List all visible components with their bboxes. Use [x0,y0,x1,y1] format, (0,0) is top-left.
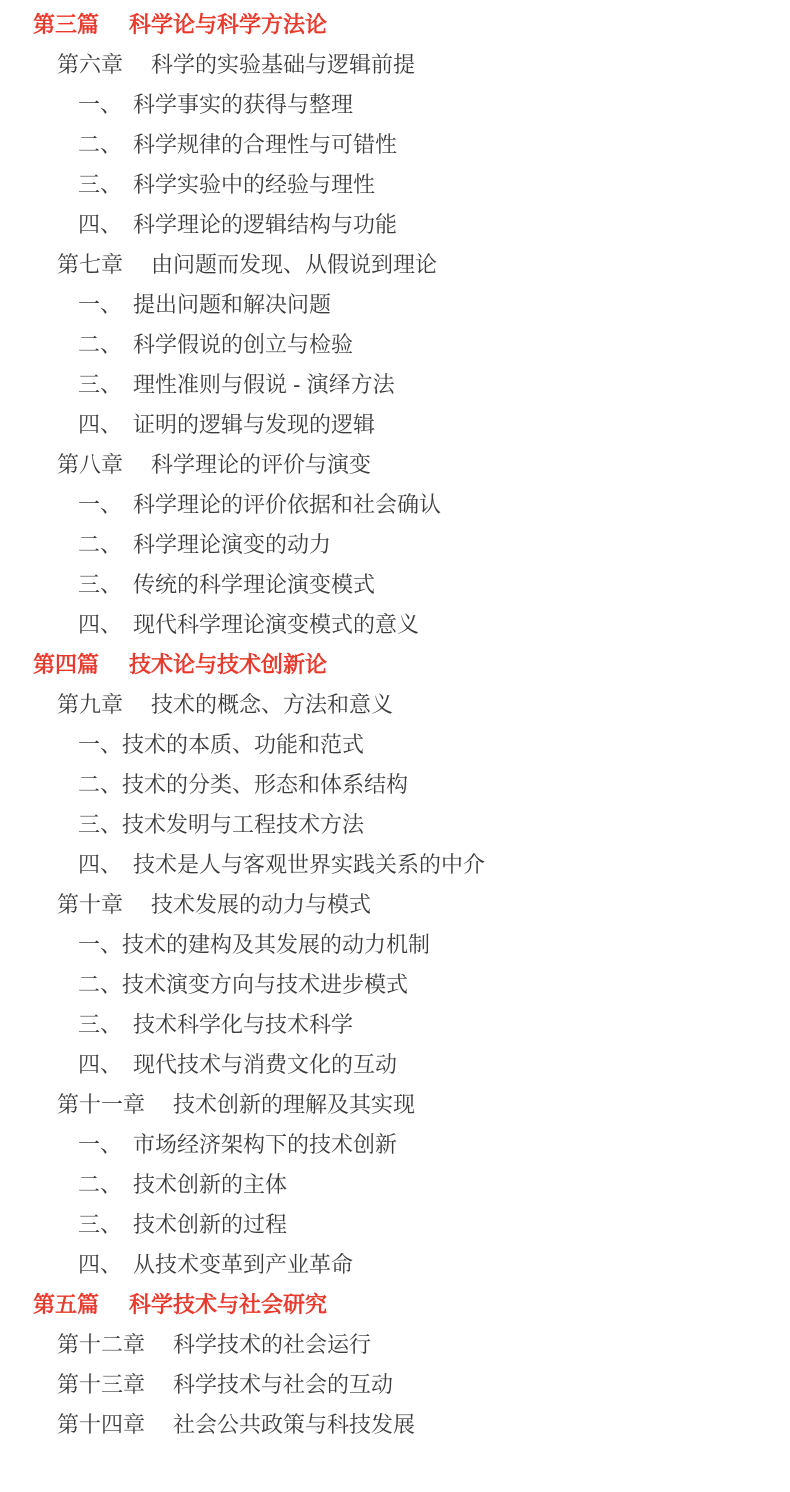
toc-entry-number: 第三篇 [33,8,99,39]
toc-entry-title: 科学假说的创立与检验 [133,328,353,359]
toc-entry-number: 第九章 [57,688,123,719]
toc-entry-section: 二、 技术的分类、形态和体系结构 [0,763,790,803]
toc-entry-title: 科学技术与社会的互动 [173,1368,393,1399]
toc-entry-number: 三、 [78,168,133,199]
toc-entry-section: 一、 提出问题和解决问题 [0,283,790,323]
toc-entry-title: 传统的科学理论演变模式 [133,568,375,599]
toc-entry-title: 从技术变革到产业革命 [133,1248,353,1279]
toc-entry-number: 三、 [78,1008,133,1039]
toc-entry-number: 第七章 [57,248,123,279]
toc-entry-section: 二、 技术演变方向与技术进步模式 [0,963,790,1003]
toc-entry-chapter: 第十二章 科学技术的社会运行 [0,1323,790,1363]
toc-entry-number: 第十四章 [57,1408,145,1439]
toc-entry-number: 第八章 [57,448,123,479]
toc-entry-section: 四、 现代技术与消费文化的互动 [0,1043,790,1083]
toc-entry-title: 科学事实的获得与整理 [133,88,353,119]
toc-entry-section: 三、 传统的科学理论演变模式 [0,563,790,603]
toc-entry-title: 技术的本质、功能和范式 [122,728,364,759]
toc-entry-part: 第五篇 科学技术与社会研究 [0,1283,790,1323]
toc-entry-title: 技术的分类、形态和体系结构 [122,768,408,799]
toc-entry-title: 科学技术的社会运行 [173,1328,371,1359]
toc-entry-section: 三、 技术发明与工程技术方法 [0,803,790,843]
toc-entry-title: 技术创新的过程 [133,1208,287,1239]
toc-entry-number: 二、 [78,968,122,999]
toc-entry-title: 现代科学理论演变模式的意义 [133,608,419,639]
toc-entry-title: 技术创新的主体 [133,1168,287,1199]
toc-entry-title: 技术创新的理解及其实现 [173,1088,415,1119]
toc-entry-number: 四、 [78,208,133,239]
table-of-contents: 第三篇 科学论与科学方法论 第六章 科学的实验基础与逻辑前提 一、 科学事实的获… [0,0,790,1443]
toc-entry-number: 三、 [78,368,133,399]
toc-entry-number: 第六章 [57,48,123,79]
toc-entry-section: 四、 技术是人与客观世界实践关系的中介 [0,843,790,883]
toc-entry-chapter: 第七章 由问题而发现、从假说到理论 [0,243,790,283]
toc-entry-title: 技术发展的动力与模式 [151,888,371,919]
toc-entry-number: 四、 [78,608,133,639]
toc-entry-number: 第十一章 [57,1088,145,1119]
toc-entry-number: 四、 [78,408,133,439]
toc-entry-chapter: 第十章 技术发展的动力与模式 [0,883,790,923]
toc-entry-number: 第十三章 [57,1368,145,1399]
toc-entry-section: 一、 技术的建构及其发展的动力机制 [0,923,790,963]
toc-entry-number: 一、 [78,928,122,959]
toc-entry-section: 三、 技术创新的过程 [0,1203,790,1243]
toc-entry-section: 一、 科学事实的获得与整理 [0,83,790,123]
toc-entry-number: 第十二章 [57,1328,145,1359]
toc-entry-number: 三、 [78,808,122,839]
toc-entry-section: 一、 科学理论的评价依据和社会确认 [0,483,790,523]
toc-entry-section: 四、 从技术变革到产业革命 [0,1243,790,1283]
toc-entry-title: 理性准则与假说 - 演绎方法 [133,368,395,399]
toc-entry-number: 三、 [78,568,133,599]
toc-entry-section: 二、 科学理论演变的动力 [0,523,790,563]
toc-entry-chapter: 第十一章 技术创新的理解及其实现 [0,1083,790,1123]
toc-entry-title: 科学理论演变的动力 [133,528,331,559]
toc-entry-section: 三、 技术科学化与技术科学 [0,1003,790,1043]
toc-entry-title: 科学理论的逻辑结构与功能 [133,208,397,239]
toc-entry-chapter: 第十四章 社会公共政策与科技发展 [0,1403,790,1443]
toc-entry-title: 技术论与技术创新论 [129,648,327,679]
toc-entry-part: 第三篇 科学论与科学方法论 [0,3,790,43]
toc-entry-number: 三、 [78,1208,133,1239]
toc-entry-section: 二、 科学规律的合理性与可错性 [0,123,790,163]
toc-entry-number: 二、 [78,768,122,799]
toc-entry-section: 二、 科学假说的创立与检验 [0,323,790,363]
toc-entry-title: 科学理论的评价与演变 [151,448,371,479]
toc-entry-section: 四、 现代科学理论演变模式的意义 [0,603,790,643]
toc-entry-section: 三、 科学实验中的经验与理性 [0,163,790,203]
toc-entry-title: 技术发明与工程技术方法 [122,808,364,839]
toc-entry-title: 科学规律的合理性与可错性 [133,128,397,159]
toc-entry-number: 四、 [78,1048,133,1079]
toc-entry-number: 四、 [78,1248,133,1279]
toc-entry-chapter: 第十三章 科学技术与社会的互动 [0,1363,790,1403]
toc-entry-number: 一、 [78,728,122,759]
toc-entry-title: 科学技术与社会研究 [129,1288,327,1319]
toc-entry-number: 第四篇 [33,648,99,679]
toc-entry-number: 二、 [78,128,133,159]
toc-entry-number: 第十章 [57,888,123,919]
toc-entry-section: 三、 理性准则与假说 - 演绎方法 [0,363,790,403]
toc-entry-title: 科学的实验基础与逻辑前提 [151,48,415,79]
toc-entry-section: 一、 市场经济架构下的技术创新 [0,1123,790,1163]
toc-entry-number: 第五篇 [33,1288,99,1319]
toc-entry-title: 现代技术与消费文化的互动 [133,1048,397,1079]
toc-entry-number: 一、 [78,488,133,519]
toc-entry-title: 市场经济架构下的技术创新 [133,1128,397,1159]
toc-entry-title: 科学论与科学方法论 [129,8,327,39]
toc-entry-title: 技术是人与客观世界实践关系的中介 [133,848,485,879]
toc-entry-chapter: 第八章 科学理论的评价与演变 [0,443,790,483]
toc-entry-chapter: 第六章 科学的实验基础与逻辑前提 [0,43,790,83]
toc-entry-chapter: 第九章 技术的概念、方法和意义 [0,683,790,723]
toc-entry-number: 四、 [78,848,133,879]
toc-entry-title: 科学理论的评价依据和社会确认 [133,488,441,519]
toc-entry-title: 提出问题和解决问题 [133,288,331,319]
toc-entry-title: 技术科学化与技术科学 [133,1008,353,1039]
toc-entry-title: 技术的概念、方法和意义 [151,688,393,719]
toc-entry-title: 科学实验中的经验与理性 [133,168,375,199]
toc-entry-section: 四、 科学理论的逻辑结构与功能 [0,203,790,243]
toc-entry-number: 一、 [78,288,133,319]
toc-entry-part: 第四篇 技术论与技术创新论 [0,643,790,683]
toc-entry-number: 一、 [78,88,133,119]
toc-entry-title: 证明的逻辑与发现的逻辑 [133,408,375,439]
toc-entry-section: 四、 证明的逻辑与发现的逻辑 [0,403,790,443]
toc-entry-title: 技术的建构及其发展的动力机制 [122,928,430,959]
toc-entry-title: 技术演变方向与技术进步模式 [122,968,408,999]
toc-entry-section: 一、 技术的本质、功能和范式 [0,723,790,763]
toc-entry-section: 二、 技术创新的主体 [0,1163,790,1203]
toc-entry-title: 由问题而发现、从假说到理论 [151,248,437,279]
toc-entry-number: 一、 [78,1128,133,1159]
toc-entry-number: 二、 [78,528,133,559]
toc-entry-number: 二、 [78,1168,133,1199]
toc-entry-title: 社会公共政策与科技发展 [173,1408,415,1439]
toc-entry-number: 二、 [78,328,133,359]
